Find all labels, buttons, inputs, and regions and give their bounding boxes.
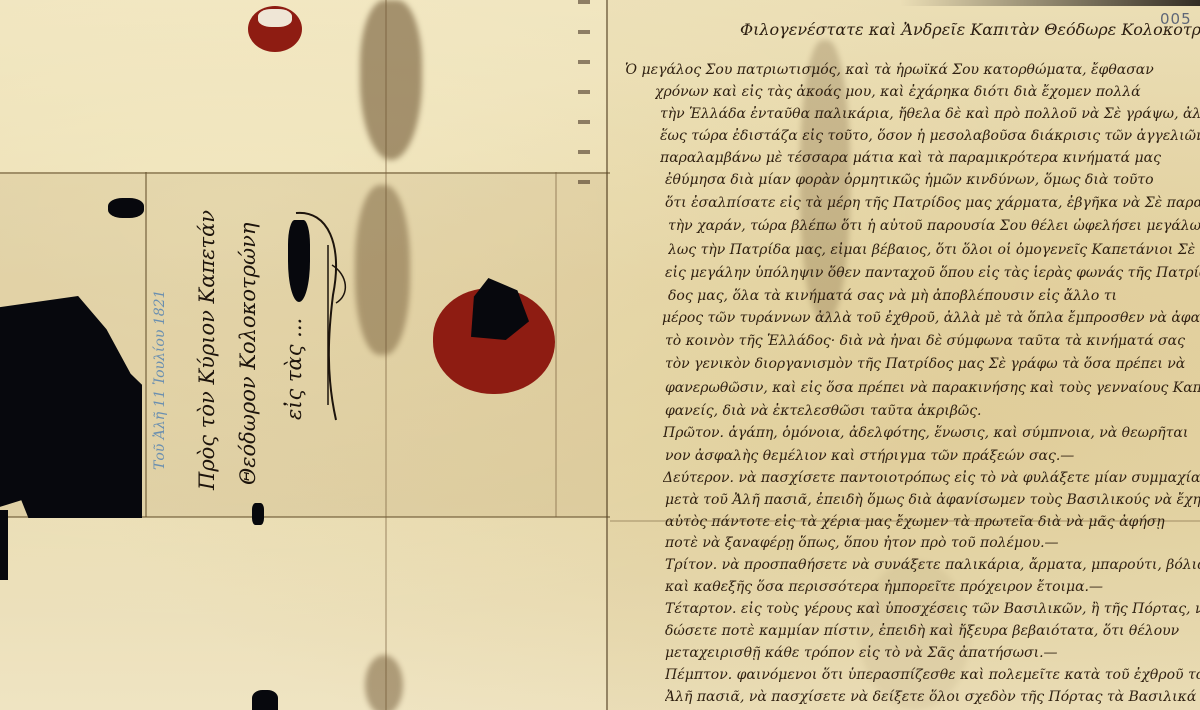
letter-line: Ἀλῆ πασιᾶ, νὰ πασχίσετε νὰ δείξετε ὅλοι … [665,689,1200,705]
letter-line: δώσετε ποτὲ καμμίαν πίστιν, ἐπειδὴ καὶ ἤ… [665,623,1200,639]
wax-seal-small [248,6,302,52]
fold-line-top [0,172,610,174]
torn-strip-left [0,510,8,580]
letter-line: χρόνων καὶ εἰς τὰς ἀκοάς μου, καὶ ἐχάρηκ… [655,84,1200,100]
fold-line-left [145,172,147,517]
letter-line: τὸν γενικὸν διοργανισμὸν τῆς Πατρίδος μα… [665,356,1200,372]
seal-flake [258,9,292,27]
signature-flourish [288,205,358,425]
letter-line: Ὁ μεγάλος Σου πατριωτισμός, καὶ τὰ ἡρωϊκ… [625,62,1200,78]
letter-line: τὸ κοινὸν τῆς Ἑλλάδος· διὰ νὰ ἦναι δὲ σύ… [665,333,1200,349]
address-line-1: Πρὸς τὸν Κύριον Καπετάν [195,210,219,490]
letter-line: φανείς, διὰ νὰ ἐκτελεσθῶσι ταῦτα ἀκριβῶς… [665,403,1200,419]
fold-line-center [606,0,608,710]
ink-dots-margin [578,0,590,200]
small-hole-3 [252,503,264,525]
letter-line: ὅτι ἐσαλπίσατε εἰς τὰ μέρη τῆς Πατρίδος … [665,195,1200,211]
letter-line: Τρίτον. νὰ προσπαθήσετε νὰ συνάξετε παλι… [665,557,1200,573]
letter-line: ἕως τώρα ἐδιστάζα εἰς τοῦτο, ὅσον ἡ μεσο… [660,128,1200,144]
manuscript-scan: Τοῦ Ἀλῆ 11 Ἰουλίου 1821 Πρὸς τὸν Κύριον … [0,0,1200,710]
water-stain-top [360,0,422,160]
letter-line: καὶ καθεξῆς ὅσα περισσότερα ἠμπορεῖτε πρ… [665,579,1200,595]
wax-seal-large [433,288,555,394]
letter-line: μεταχειρισθῇ κάθε τρόπον εἰς τὸ νὰ Σᾶς ἀ… [665,645,1200,661]
letter-line: νον ἀσφαλὴς θεμέλιον καὶ στήριγμα τῶν πρ… [665,448,1200,464]
letter-line: τὴν Ἑλλάδα ἐνταῦθα παλικάρια, ἤθελα δὲ κ… [660,106,1200,122]
water-stain-mid [355,185,410,355]
letter-line: τὴν χαράν, τώρα βλέπω ὅτι ἡ αὐτοῦ παρουσ… [668,218,1200,234]
letter-line: εἰς μεγάλην ὑπόληψιν ὅθεν πανταχοῦ ὅπου … [665,265,1200,281]
letter-line: ποτὲ νὰ ξαναφέρῃ ὅπως, ὅπου ἦτον πρὸ τοῦ… [665,535,1200,551]
pencil-note: Τοῦ Ἀλῆ 11 Ἰουλίου 1821 [152,290,168,470]
letter-line: λως τὴν Πατρίδα μας, εἶμαι βέβαιος, ὅτι … [668,242,1200,258]
letter-line: ἐθύμησα διὰ μίαν φορὰν ὁρμητικῶς ἡμῶν κι… [665,172,1200,188]
letter-line: μετὰ τοῦ Ἀλῆ πασιᾶ, ἐπειδὴ ὅμως διὰ ἀφαν… [665,492,1200,508]
address-line-2: Θεόδωρον Κολοκοτρώνη [236,223,260,485]
letter-line: δος μας, ὅλα τὰ κινήματά σας νὰ μὴ ἀποβλ… [668,288,1200,304]
small-hole-4 [252,690,278,710]
letter-line: Πέμπτον. φαινόμενοι ὅτι ὑπερασπίζεσθε κα… [665,667,1200,683]
letter-line: μέρος τῶν τυράννων ἀλλὰ τοῦ ἐχθροῦ, ἀλλὰ… [662,310,1200,326]
letter-line: φανερωθῶσιν, καὶ εἰς ὅσα πρέπει νὰ παρακ… [665,380,1200,396]
letter-line: Δεύτερον. νὰ πασχίσετε παντοιοτρόπως εἰς… [663,470,1200,486]
fold-line-right [555,172,557,517]
small-hole-1 [108,198,144,218]
scan-edge-top-right [900,0,1200,6]
water-stain-bottom [365,655,403,710]
letter-line: Πρῶτον. ἀγάπη, ὁμόνοια, ἀδελφότης, ἕνωσι… [663,425,1200,441]
letter-line: παραλαμβάνω μὲ τέσσαρα μάτια καὶ τὰ παρα… [660,150,1200,166]
letter-salutation: Φιλογενέστατε καὶ Ἀνδρεῖε Καπιτὰν Θεόδωρ… [740,20,1200,39]
letter-line: αὐτὸς πάντοτε εἰς τὰ χέρια μας ἔχωμεν τὰ… [665,514,1200,530]
letter-line: Τέταρτον. εἰς τοὺς γέρους καὶ ὑποσχέσεις… [665,601,1200,617]
